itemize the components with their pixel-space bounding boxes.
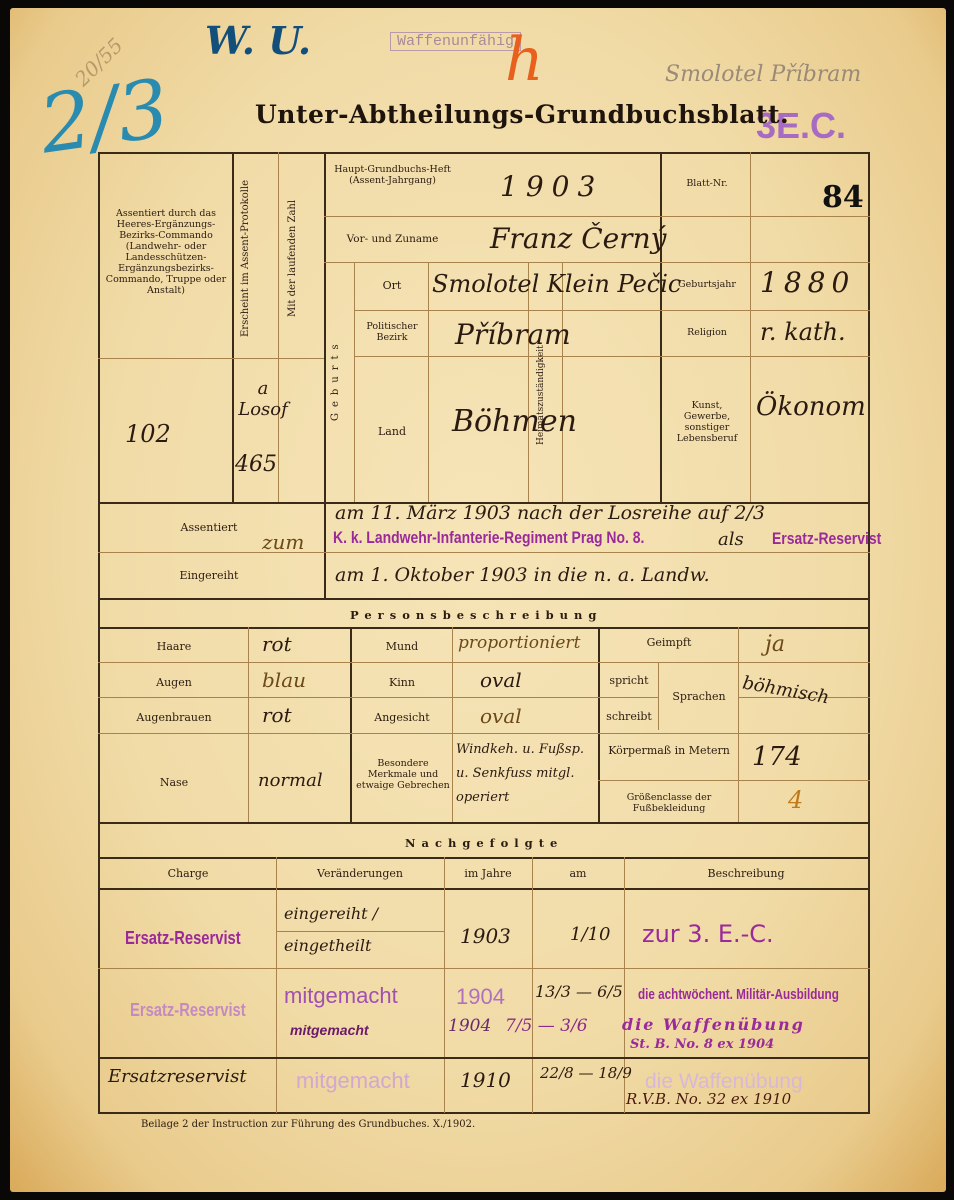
- assent-line-3: am 1. Oktober 1903 in die n. a. Landw.: [335, 564, 710, 586]
- merkmale-value: Windkeh. u. Fußsp. u. Senkfuss mitgl. op…: [456, 738, 596, 810]
- kinn-value: oval: [480, 668, 522, 692]
- als-text: als: [718, 529, 744, 550]
- mund-label: Mund: [352, 640, 452, 653]
- geburtsjahr-value: 1880: [760, 266, 855, 299]
- blatt-label: Blatt-Nr.: [664, 178, 750, 189]
- orange-pencil-mark: h: [505, 25, 544, 95]
- col-am: am: [532, 867, 624, 880]
- row2-desc: die achtwöchent. Militär-Ausbildung: [638, 986, 839, 1003]
- stamp-regiment: K. k. Landwehr-Infanterie-Regiment Prag …: [333, 528, 644, 548]
- row2-charge: Ersatz-Reservist: [130, 1000, 246, 1021]
- heft-value: 1903: [500, 170, 603, 203]
- religion-label: Religion: [664, 327, 750, 338]
- col-beschreibung: Beschreibung: [624, 867, 868, 880]
- religion-value: r. kath.: [760, 318, 846, 346]
- koerper-value: 174: [752, 742, 802, 772]
- gesicht-label: Angesicht: [352, 711, 452, 724]
- row3-year: 1904: [448, 1016, 491, 1036]
- bezirk-value: Příbram: [455, 318, 571, 351]
- row2-change: mitgemacht: [284, 983, 398, 1009]
- form-footer: Beilage 2 der Instruction zur Führung de…: [141, 1119, 475, 1130]
- land-label: Land: [356, 425, 428, 438]
- nase-label: Nase: [100, 776, 248, 789]
- row2-year: 1904: [456, 984, 505, 1010]
- ort-value: Smolotel Klein Pečic: [432, 270, 681, 298]
- laufende-zahl-value: 465: [235, 452, 277, 477]
- beruf-value: Ökonom: [756, 392, 866, 422]
- haare-value: rot: [262, 632, 292, 656]
- augen-label: Augen: [100, 676, 248, 689]
- name-label: Vor- und Zuname: [330, 233, 455, 246]
- row1-year: 1903: [460, 924, 511, 948]
- geimpft-value: ja: [765, 632, 785, 657]
- fuss-label: Größenclasse der Fußbekleidung: [600, 792, 738, 814]
- nase-value: normal: [258, 770, 323, 791]
- row2-date: 13/3 — 6/5: [535, 982, 623, 1001]
- erscheint-label: Erscheint im Assent-Protokolle: [240, 160, 270, 356]
- blue-pencil-initials: W. U.: [205, 18, 311, 63]
- row4-date: 22/8 — 18/9: [540, 1064, 632, 1082]
- mund-value: proportioniert: [458, 633, 580, 653]
- changes-section-title: Nachgefolgte: [405, 836, 563, 850]
- haare-label: Haare: [100, 640, 248, 653]
- stamp-rank: Ersatz-Reservist: [772, 529, 881, 549]
- beruf-label: Kunst, Gewerbe, sonstiger Lebensberuf: [668, 400, 746, 444]
- ort-label: Ort: [356, 279, 428, 292]
- brauen-label: Augenbrauen: [100, 711, 248, 724]
- assentiert-durch-value: 102: [125, 420, 171, 448]
- sprachen-label: Sprachen: [660, 690, 738, 703]
- land-value: Böhmen: [452, 404, 577, 439]
- laufende-zahl-label: Mit der laufenden Zahl: [287, 160, 317, 356]
- row3-desc: die Waffenübung: [622, 1015, 805, 1034]
- erscheint-value: a Losof: [238, 378, 288, 420]
- blue-pencil-fraction: 2/3: [34, 61, 174, 171]
- row4-desc2: R.V.B. No. 32 ex 1910: [626, 1090, 791, 1108]
- personal-section-title: Personsbeschreibung: [350, 608, 602, 622]
- name-value: Franz Černý: [490, 222, 666, 255]
- spricht-label: spricht: [600, 674, 658, 687]
- zum-text: zum: [262, 530, 304, 554]
- geburtsjahr-label: Geburtsjahr: [664, 279, 750, 290]
- blatt-value: 84: [822, 180, 864, 215]
- row3-change: mitgemacht: [290, 1022, 369, 1038]
- assent-line-1: am 11. März 1903 nach der Losreihe auf 2…: [335, 502, 765, 524]
- col-jahre: im Jahre: [444, 867, 532, 880]
- geimpft-label: Geimpft: [600, 636, 738, 649]
- row3-date: 7/5 — 3/6: [505, 1016, 588, 1036]
- row1-change: eingereiht / eingetheilt: [284, 898, 434, 962]
- row4-change: mitgemacht: [296, 1068, 410, 1094]
- kinn-label: Kinn: [352, 676, 452, 689]
- row1-desc: zur 3. E.-C.: [642, 920, 774, 948]
- heft-label: Haupt-Grundbuchs-Heft (Assent-Jahrgang): [330, 164, 455, 186]
- row4-charge: Ersatzreservist: [108, 1066, 247, 1087]
- gesicht-value: oval: [480, 704, 522, 728]
- stamp-waffenunfaehig: Waffenunfähig: [390, 32, 521, 51]
- schreibt-label: schreibt: [600, 710, 658, 723]
- fuss-value: 4: [788, 786, 803, 814]
- page-title: Unter-Abtheilungs-Grundbuchsblatt.: [255, 100, 789, 129]
- bezirk-label: Politischer Bezirk: [356, 321, 428, 343]
- pencil-location-note: Smolotel Příbram: [665, 62, 861, 87]
- col-charge: Charge: [100, 867, 276, 880]
- merkmale-label: Besondere Merkmale und etwaige Gebrechen: [354, 758, 452, 791]
- brauen-value: rot: [262, 703, 292, 727]
- row3-desc2: St. B. No. 8 ex 1904: [630, 1037, 774, 1052]
- row4-year: 1910: [460, 1068, 511, 1092]
- col-veraenderungen: Veränderungen: [276, 867, 444, 880]
- koerper-label: Körpermaß in Metern: [600, 744, 738, 757]
- row1-date: 1/10: [570, 924, 610, 945]
- assentiert-durch-label: Assentiert durch das Heeres-Ergänzungs-B…: [104, 208, 228, 296]
- augen-value: blau: [262, 668, 306, 692]
- eingereiht-label: Eingereiht: [104, 569, 314, 582]
- row1-charge: Ersatz-Reservist: [125, 928, 241, 949]
- geburt-label: Geburts: [330, 280, 350, 480]
